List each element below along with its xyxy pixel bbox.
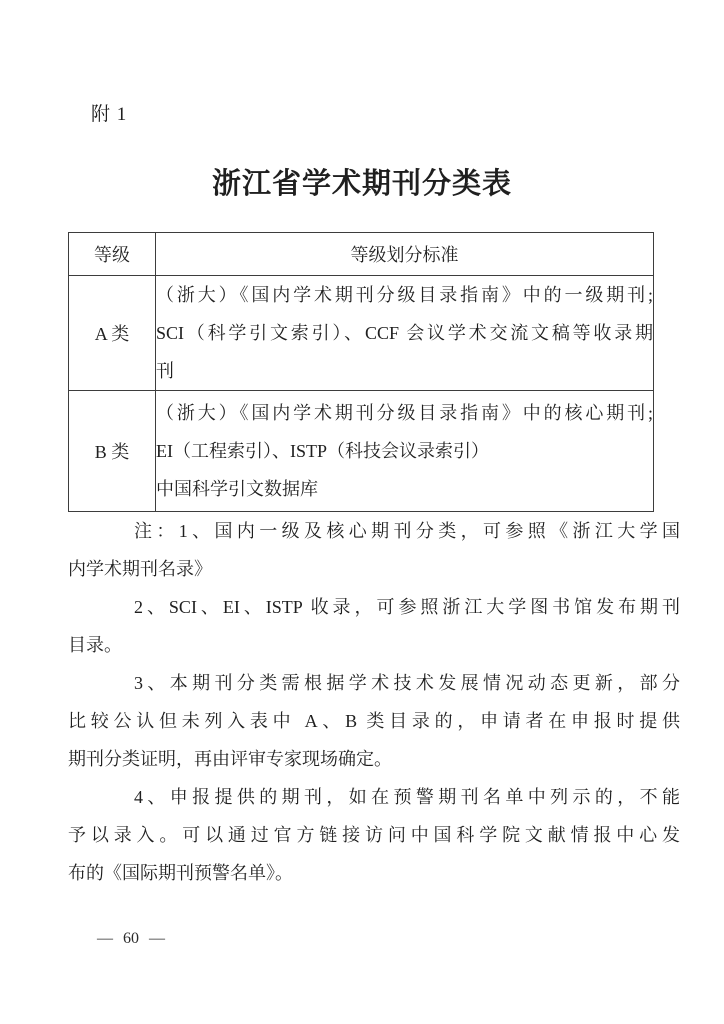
- note-line: 比较公认但未列入表中 A、B 类目录的，申请者在申报时提供: [68, 702, 680, 740]
- page-number: — 60 —: [97, 928, 165, 950]
- notes-section: 注：1、国内一级及核心期刊分类，可参照《浙江大学国 内学术期刊名录》 2、SCI…: [68, 512, 680, 892]
- criteria-line: 刊: [156, 352, 653, 390]
- note-line: 4、申报提供的期刊，如在预警期刊名单中列示的，不能: [68, 778, 680, 816]
- note-line: 注：1、国内一级及核心期刊分类，可参照《浙江大学国: [68, 512, 680, 550]
- journal-classification-table: 等级 等级划分标准 A 类 （浙大）《国内学术期刊分级目录指南》中的一级期刊; …: [68, 232, 654, 512]
- grade-cell-a: A 类: [69, 276, 156, 391]
- note-line: 3、本期刊分类需根据学术技术发展情况动态更新，部分: [68, 664, 680, 702]
- criteria-line: （浙大）《国内学术期刊分级目录指南》中的一级期刊;: [156, 276, 653, 314]
- criteria-line: EI（工程索引）、ISTP（科技会议录索引）: [156, 432, 653, 470]
- note-line: 布的《国际期刊预警名单》。: [68, 854, 680, 892]
- header-cell-criteria: 等级划分标准: [156, 233, 654, 276]
- page-title: 浙江省学术期刊分类表: [0, 167, 724, 201]
- note-line: 2、SCI、EI、ISTP 收录，可参照浙江大学图书馆发布期刊: [68, 588, 680, 626]
- criteria-line: （浙大）《国内学术期刊分级目录指南》中的核心期刊;: [156, 394, 653, 432]
- document-page: 附 1 浙江省学术期刊分类表 等级 等级划分标准 A 类 （浙大）《国内学术期刊…: [0, 0, 724, 1024]
- criteria-line: 中国科学引文数据库: [156, 470, 653, 508]
- note-line: 期刊分类证明，再由评审专家现场确定。: [68, 740, 680, 778]
- criteria-line: SCI（科学引文索引）、CCF 会议学术交流文稿等收录期: [156, 314, 653, 352]
- table-row-a: A 类 （浙大）《国内学术期刊分级目录指南》中的一级期刊; SCI（科学引文索引…: [69, 276, 654, 391]
- note-line: 目录。: [68, 626, 680, 664]
- header-cell-grade: 等级: [69, 233, 156, 276]
- note-line: 予以录入。可以通过官方链接访问中国科学院文献情报中心发: [68, 816, 680, 854]
- table-header-row: 等级 等级划分标准: [69, 233, 654, 276]
- grade-cell-b: B 类: [69, 391, 156, 512]
- note-line: 内学术期刊名录》: [68, 550, 680, 588]
- criteria-cell-a: （浙大）《国内学术期刊分级目录指南》中的一级期刊; SCI（科学引文索引）、CC…: [156, 276, 654, 391]
- table-row-b: B 类 （浙大）《国内学术期刊分级目录指南》中的核心期刊; EI（工程索引）、I…: [69, 391, 654, 512]
- criteria-cell-b: （浙大）《国内学术期刊分级目录指南》中的核心期刊; EI（工程索引）、ISTP（…: [156, 391, 654, 512]
- attachment-label: 附 1: [91, 102, 127, 128]
